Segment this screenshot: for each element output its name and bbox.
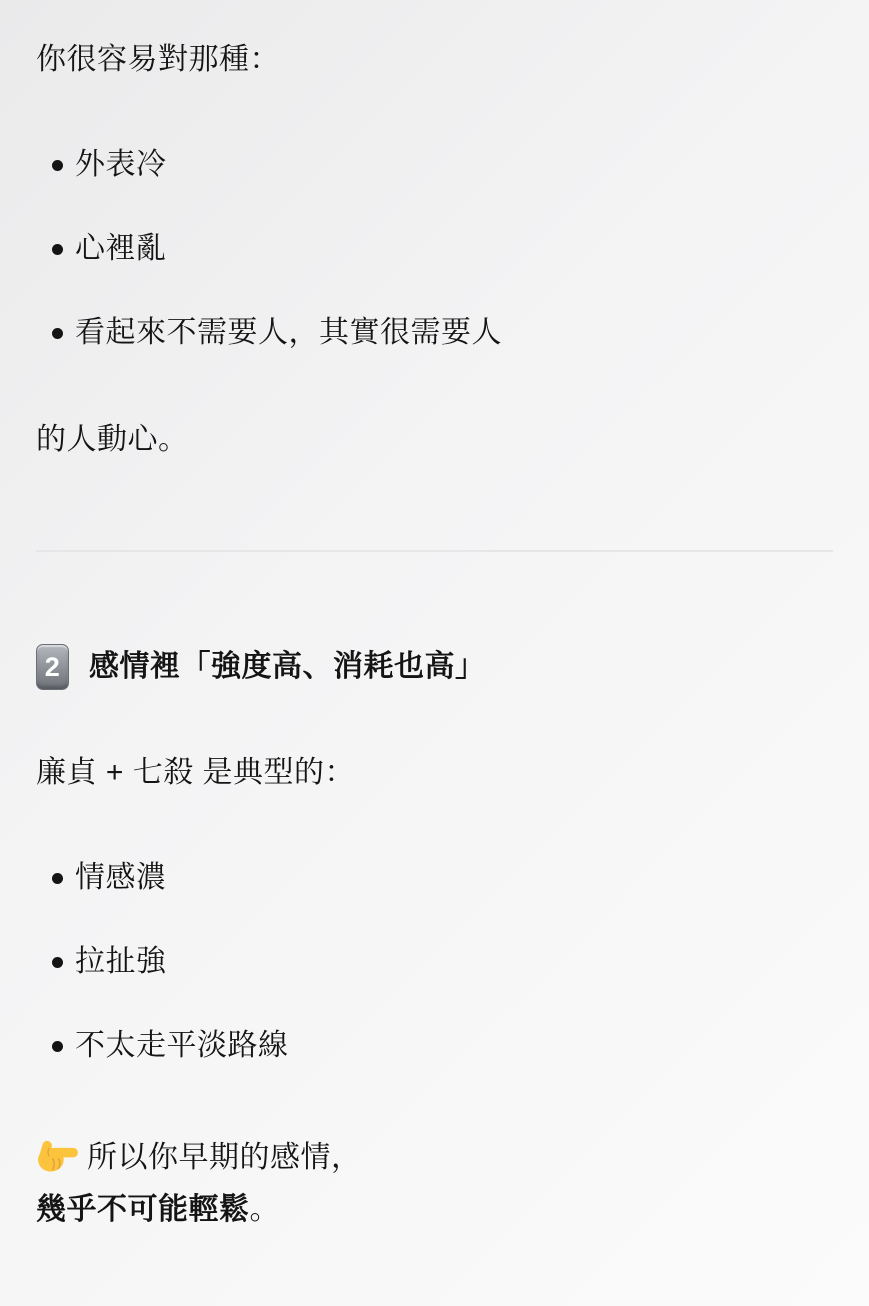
section-divider — [36, 550, 833, 552]
conclusion-paragraph: 所以你早期的感情， 幾乎不可能輕鬆。 — [36, 1132, 833, 1236]
list-item: 心裡亂 — [36, 223, 833, 275]
list-item: 情感濃 — [36, 852, 833, 904]
section-title: 感情裡「強度高、消耗也高」 — [89, 641, 486, 693]
list-item: 外表冷 — [36, 139, 833, 191]
keycap-2-icon: 2 — [36, 644, 69, 690]
list-item: 不太走平淡路線 — [36, 1020, 833, 1072]
chat-message-body: 你很容易對那種： 外表冷 心裡亂 看起來不需要人，其實很需要人 的人動心。 2 … — [0, 0, 869, 1306]
pointing-right-hand-icon — [36, 1136, 79, 1174]
intro-lead: 你很容易對那種： — [36, 34, 833, 86]
intro-outro: 的人動心。 — [36, 414, 833, 466]
conclusion-line2-suffix: 。 — [250, 1193, 281, 1226]
section-lead: 廉貞 + 七殺 是典型的： — [36, 747, 833, 799]
section-bullet-list: 情感濃 拉扯強 不太走平淡路線 — [36, 852, 833, 1072]
list-item: 拉扯強 — [36, 936, 833, 988]
conclusion-line1: 所以你早期的感情， — [87, 1141, 362, 1174]
section-heading: 2 感情裡「強度高、消耗也高」 — [36, 641, 833, 693]
conclusion-line2-bold: 幾乎不可能輕鬆 — [36, 1193, 250, 1226]
intro-bullet-list: 外表冷 心裡亂 看起來不需要人，其實很需要人 — [36, 139, 833, 359]
list-item: 看起來不需要人，其實很需要人 — [36, 307, 833, 359]
